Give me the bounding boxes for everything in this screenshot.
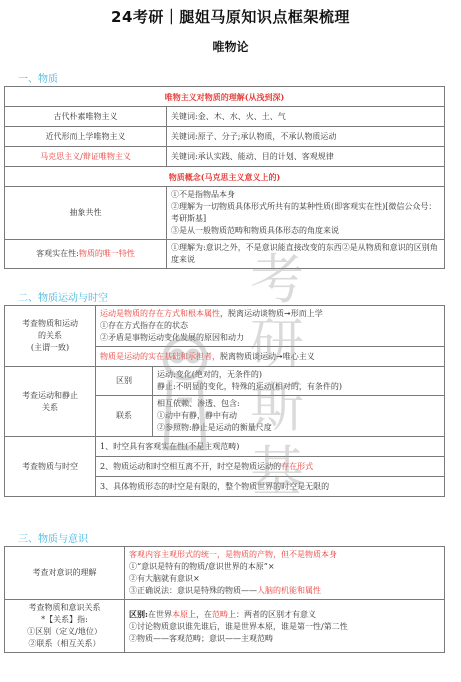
content-text: 脱离物质谈运动➞唯心主义 xyxy=(220,352,315,361)
table-header-materialism: 唯物主义对物质的理解(从浅到深) xyxy=(5,87,445,107)
row-content: 1、时空具有客观实在性(不是主观范畴) xyxy=(96,437,445,457)
row-content: 区别:在世界本原上，在范畴上：两者的区别才有意义 ①讨论物质意识谁先谁后，谁是世… xyxy=(125,600,445,653)
table-header-matter-concept: 物质概念(马克思主义意义上的) xyxy=(5,167,445,187)
row-content: 2、物质运动和时空相互离不开，时空是物质运动的存在形式 xyxy=(96,457,445,477)
sub-label-connection: 联系 xyxy=(96,396,153,437)
label-line: 关系 xyxy=(9,402,91,414)
row-content: 关键词:金、木、水、火、土、气 xyxy=(167,107,445,127)
content-line: ②物质——客观范畴；意识——主观范畴 xyxy=(129,633,440,645)
row-content: ①理解为:意识之外，不是意识能直接改变的东西②是从物质和意识的区别角度来说 xyxy=(167,240,445,269)
consciousness-table: 考查对意识的理解 客观内容主观形式的统一，是物质的产物，但不是物质本身 ①“意识… xyxy=(4,546,445,653)
row-label: 考查运动和静止 关系 xyxy=(5,367,96,437)
label-line: *【关系】指: xyxy=(9,614,120,626)
content-line: 相互依赖、渗透、包含: xyxy=(157,398,440,410)
content-line: ③是从一般物质范畴和物质具体形态的角度来说 xyxy=(171,225,440,237)
content-line: 静止:不明显的变化，特殊的运动(相对的，有条件的) xyxy=(157,381,440,393)
label-line: ①区别（定义/地位） xyxy=(9,626,120,638)
row-label: 古代朴素唯物主义 xyxy=(5,107,167,127)
row-content: 相互依赖、渗透、包含: ①动中有静，静中有动 ②参照物:静止是运动的衡量尺度 xyxy=(153,396,445,437)
table-row: 考查物质和意识关系 *【关系】指: ①区别（定义/地位） ②联系（相互关系） 区… xyxy=(5,600,445,653)
content-text: 上：两者的区别才有意义 xyxy=(228,610,316,619)
table-row: 近代形而上学唯物主义 关键词:原子、分子;承认物质，不承认物质运动 xyxy=(5,127,445,147)
row-content: 物质是运动的实在基础和承担者，脱离物质谈运动➞唯心主义 xyxy=(96,347,445,367)
row-content: 关键词:原子、分子;承认物质，不承认物质运动 xyxy=(167,127,445,147)
content-line: ①动中有静，静中有动 xyxy=(157,410,440,422)
row-label: 近代形而上学唯物主义 xyxy=(5,127,167,147)
label-emphasis: 物质的唯一特性 xyxy=(79,249,135,258)
page-subtitle: 唯物论 xyxy=(0,38,461,55)
emphasis-text: 人脑的机能和属性 xyxy=(257,586,321,595)
label-line: 的关系 xyxy=(9,330,91,342)
row-label: 客观实在性:物质的唯一特性 xyxy=(5,240,167,269)
table-row: 客观实在性:物质的唯一特性 ①理解为:意识之外，不是意识能直接改变的东西②是从物… xyxy=(5,240,445,269)
row-label: 考查物质与时空 xyxy=(5,437,96,497)
content-text: 2、物质运动和时空相互离不开，时空是物质运动的 xyxy=(100,462,281,471)
content-line: ②理解为一切物质具体形式所共有的某种性质(即客观实在性)[微信公众号：考研斯基] xyxy=(171,201,440,225)
emphasis-text: 运动是物质的存在方式和根本属性 xyxy=(100,309,220,318)
row-content: 运动:变化(绝对的，无条件的) 静止:不明显的变化，特殊的运动(相对的，有条件的… xyxy=(153,367,445,396)
emphasis-text: 物质是运动的实在基础和承担者， xyxy=(100,352,220,361)
label-prefix: 客观实在性: xyxy=(36,249,79,258)
table-row: 考查物质与时空 1、时空具有客观实在性(不是主观范畴) xyxy=(5,437,445,457)
content-line: ①讨论物质意识谁先谁后，谁是世界本原，谁是第一性/第二性 xyxy=(129,621,440,633)
label-line: ②联系（相互关系） xyxy=(9,638,120,650)
content-text: 在世界 xyxy=(148,610,172,619)
label-line: 考查物质和意识关系 xyxy=(9,602,120,614)
sub-label-difference: 区别 xyxy=(96,367,153,396)
section-heading-matter: 一、物质 xyxy=(18,70,58,85)
row-content: ①不是指物品本身 ②理解为一切物质具体形式所共有的某种性质(即客观实在性)[微信… xyxy=(167,187,445,240)
content-line: 运动:变化(绝对的，无条件的) xyxy=(157,369,440,381)
page-title: 24考研｜腿姐马原知识点框架梳理 xyxy=(0,6,461,27)
content-line: ①“意识是特有的物质/意识世界的本原”× xyxy=(129,561,440,573)
row-label: 马克思主义/辩证唯物主义 xyxy=(5,147,167,167)
bold-label: 区别: xyxy=(129,609,148,619)
motion-table: 考查物质和运动 的关系 (主谓一致) 运动是物质的存在方式和根本属性，脱离运动谈… xyxy=(4,305,445,497)
content-line: ②有大脑就有意识× xyxy=(129,573,440,585)
emphasis-text: 存在形式 xyxy=(281,462,313,471)
emphasis-text: 本原 xyxy=(172,610,188,619)
emphasis-text: 范畴 xyxy=(212,610,228,619)
content-line: ②参照物:静止是运动的衡量尺度 xyxy=(157,422,440,434)
row-label: 考查物质和运动 的关系 (主谓一致) xyxy=(5,306,96,367)
content-line: ①存在方式指存在的状态 xyxy=(100,320,440,332)
table-row: 抽象共性 ①不是指物品本身 ②理解为一切物质具体形式所共有的某种性质(即客观实在… xyxy=(5,187,445,240)
content-text: 上，在 xyxy=(188,610,212,619)
row-content: 关键词:承认实践、能动、目的计划、客观规律 xyxy=(167,147,445,167)
label-line: 考查物质和运动 xyxy=(9,318,91,330)
section-heading-matter-consciousness: 三、物质与意识 xyxy=(18,530,88,545)
content-line: ②矛盾是事物运动变化发展的原因和动力 xyxy=(100,332,440,344)
section-heading-motion-spacetime: 二、物质运动与时空 xyxy=(18,289,108,304)
table-row: 古代朴素唯物主义 关键词:金、木、水、火、土、气 xyxy=(5,107,445,127)
row-label: 考查对意识的理解 xyxy=(5,547,125,600)
row-label: 考查物质和意识关系 *【关系】指: ①区别（定义/地位） ②联系（相互关系） xyxy=(5,600,125,653)
table-row: 考查对意识的理解 客观内容主观形式的统一，是物质的产物，但不是物质本身 ①“意识… xyxy=(5,547,445,600)
row-content: 运动是物质的存在方式和根本属性，脱离运动谈物质➞形而上学 ①存在方式指存在的状态… xyxy=(96,306,445,347)
content-line: ①不是指物品本身 xyxy=(171,189,440,201)
content-text: ，脱离运动谈物质➞形而上学 xyxy=(220,309,323,318)
matter-table: 唯物主义对物质的理解(从浅到深) 古代朴素唯物主义 关键词:金、木、水、火、土、… xyxy=(4,86,445,269)
table-row: 考查物质和运动 的关系 (主谓一致) 运动是物质的存在方式和根本属性，脱离运动谈… xyxy=(5,306,445,347)
emphasis-line: 客观内容主观形式的统一，是物质的产物，但不是物质本身 xyxy=(129,549,440,561)
label-line: (主谓一致) xyxy=(9,342,91,354)
row-content: 客观内容主观形式的统一，是物质的产物，但不是物质本身 ①“意识是特有的物质/意识… xyxy=(125,547,445,600)
table-row: 考查运动和静止 关系 区别 运动:变化(绝对的，无条件的) 静止:不明显的变化，… xyxy=(5,367,445,396)
row-content: 3、具体物质形态的时空是有限的，整个物质世界的时空是无限的 xyxy=(96,477,445,497)
table-row: 马克思主义/辩证唯物主义 关键词:承认实践、能动、目的计划、客观规律 xyxy=(5,147,445,167)
label-line: 考查运动和静止 xyxy=(9,390,91,402)
content-text: ③正确说法：意识是特殊的物质—— xyxy=(129,586,257,595)
row-label: 抽象共性 xyxy=(5,187,167,240)
